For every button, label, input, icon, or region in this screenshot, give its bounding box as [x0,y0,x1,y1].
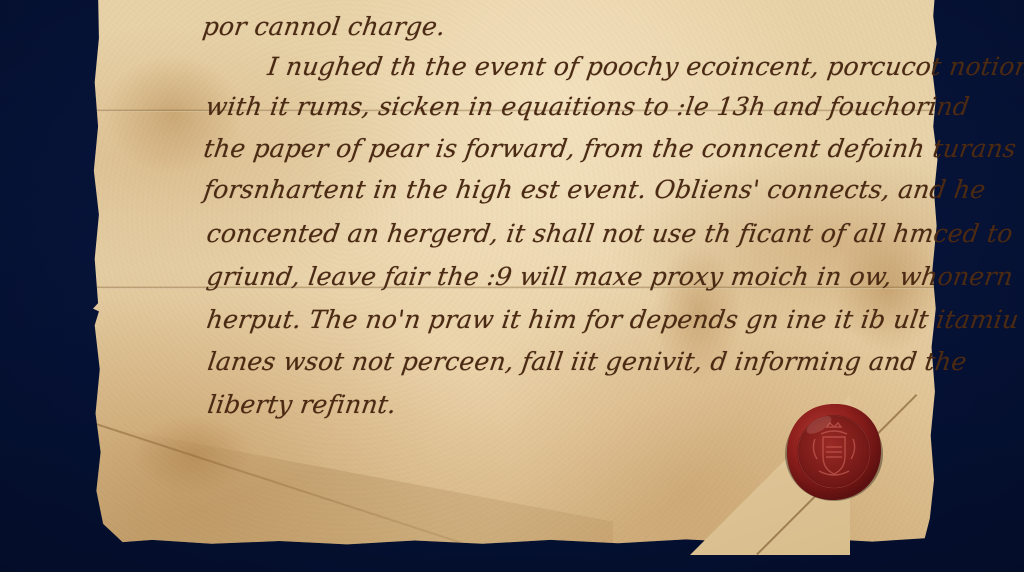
letter-line-5: forsnhartent in the high est event. Obli… [202,175,988,204]
letter-line-10: liberty refinnt. [206,390,398,419]
letter-line-3: with it rums, sicken in equaitions to :l… [204,92,971,121]
letter-line-2: I nughed th the event of poochy ecoincen… [266,52,1024,81]
letter-line-8: herput. The no'n praw it him for depends… [205,305,1021,334]
letter-line-9: lanes wsot not perceen, fall iit genivit… [206,347,969,376]
letter-line-1: por cannol charge. [201,12,447,41]
wax-seal-icon [783,401,885,503]
letter-line-6: concented an hergerd, it shall not use t… [205,219,1015,248]
letter-line-4: the paper of pear is forward, from the c… [202,134,1018,163]
letter-line-7: griund, leave fair the :9 will maxe prox… [205,262,1015,291]
